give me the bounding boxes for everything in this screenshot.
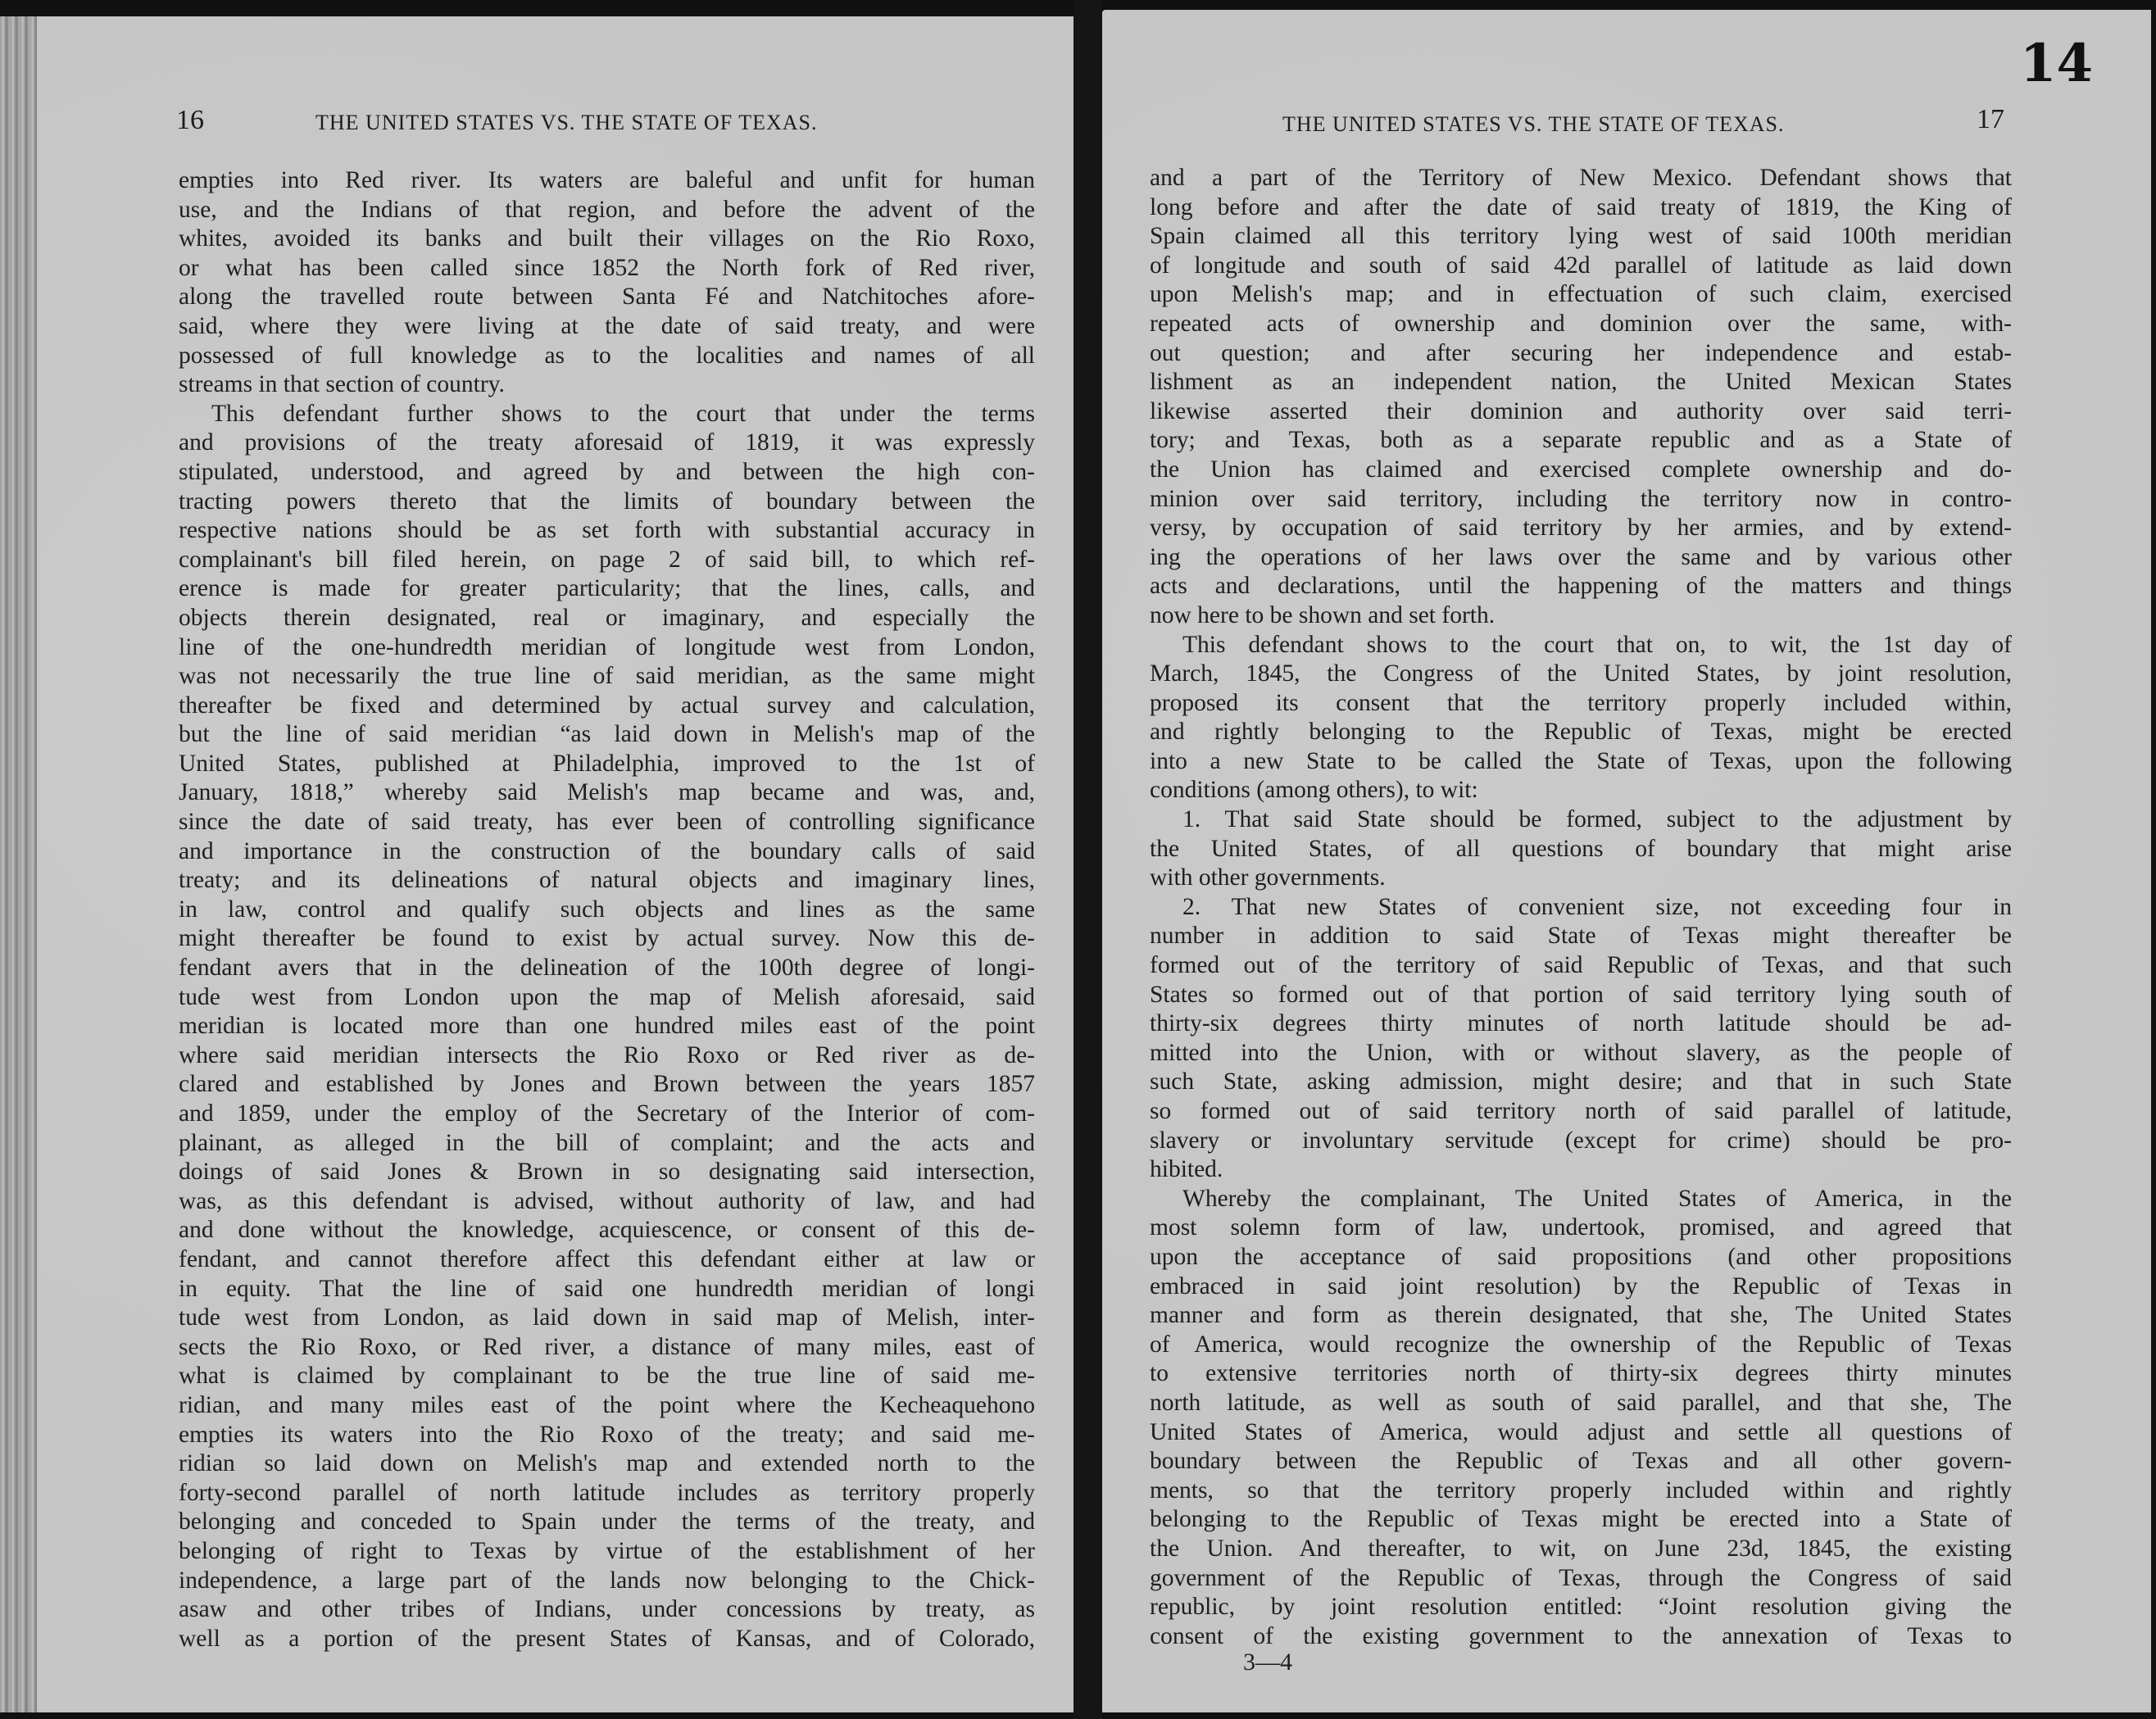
text-line: 2. That new States of convenient size, n… [1150,893,2012,923]
left-page: 16 The United States vs. The State of Te… [0,16,1073,1712]
text-line: embraced in said joint resolution) by th… [1150,1272,2012,1302]
text-line: out question; and after securing her ind… [1150,339,2012,369]
text-line: line of the one-hundredth meridian of lo… [179,633,1035,663]
text-line: belonging of right to Texas by virtue of… [179,1537,1035,1567]
text-line: in equity. That the line of said one hun… [179,1275,1035,1304]
text-line: belonging and conceded to Spain under th… [179,1508,1035,1537]
text-line: meridian is located more than one hundre… [179,1012,1035,1041]
text-line: of America, would recognize the ownershi… [1150,1331,2012,1360]
text-line: lishment as an independent nation, the U… [1150,368,2012,397]
page-body-text: and a part of the Territory of New Mexic… [1150,164,2012,1651]
text-line: ridian, and many miles east of the point… [179,1391,1035,1421]
text-line: thirty-six degrees thirty minutes of nor… [1150,1009,2012,1039]
text-line: where said meridian intersects the Rio R… [179,1041,1035,1071]
text-line: of longitude and south of said 42d paral… [1150,252,2012,281]
signature-mark: 3—4 [1243,1649,1292,1676]
text-line: said, where they were living at the date… [179,312,1035,342]
text-line: complainant's bill filed herein, on page… [179,546,1035,575]
right-page: 14 The United States vs. The State of Te… [1102,10,2151,1712]
text-line: empties its waters into the Rio Roxo of … [179,1421,1035,1450]
page-number: 16 [176,105,204,136]
page-edge-stack [0,16,37,1712]
text-line: north latitude, as well as south of said… [1150,1389,2012,1418]
text-line: doings of said Jones & Brown in so desig… [179,1158,1035,1187]
text-line: independence, a large part of the lands … [179,1567,1035,1596]
text-line: January, 1818,” whereby said Melish's ma… [179,778,1035,808]
text-line: mitted into the Union, with or without s… [1150,1039,2012,1068]
text-line: and rightly belonging to the Republic of… [1150,718,2012,747]
text-line: was not necessarily the true line of sai… [179,662,1035,692]
text-line: manner and form as therein designated, t… [1150,1301,2012,1331]
text-line: what is claimed by complainant to be the… [179,1362,1035,1391]
text-line: such State, asking admission, might desi… [1150,1068,2012,1097]
text-line: since the date of said treaty, has ever … [179,808,1035,837]
text-line: slavery or involuntary servitude (except… [1150,1127,2012,1156]
text-line: proposed its consent that the territory … [1150,689,2012,719]
text-line: clared and established by Jones and Brow… [179,1070,1035,1100]
book-gutter [1073,0,1102,1719]
text-line: but the line of said meridian “as laid d… [179,720,1035,750]
text-line: Spain claimed all this territory lying w… [1150,222,2012,252]
text-line: upon the acceptance of said propositions… [1150,1243,2012,1272]
text-line: thereafter be fixed and determined by ac… [179,692,1035,721]
text-line: Whereby the complainant, The United Stat… [1150,1185,2012,1214]
text-line: States so formed out of that portion of … [1150,981,2012,1010]
text-line: minion over said territory, including th… [1150,485,2012,515]
text-line: objects therein designated, real or imag… [179,604,1035,633]
text-line: along the travelled route between Santa … [179,283,1035,312]
page-number: 17 [1977,104,2004,135]
text-line: and a part of the Territory of New Mexic… [1150,164,2012,193]
text-line: This defendant further shows to the cour… [179,400,1035,429]
text-line: now here to be shown and set forth. [1150,601,2012,631]
text-line: conditions (among others), to wit: [1150,776,2012,805]
text-line: republic, by joint resolution entitled: … [1150,1593,2012,1622]
text-line: the Union has claimed and exercised comp… [1150,456,2012,485]
text-line: treaty; and its delineations of natural … [179,866,1035,896]
text-line: boundary between the Republic of Texas a… [1150,1447,2012,1476]
text-line: might thereafter be found to exist by ac… [179,924,1035,954]
text-line: so formed out of said territory north of… [1150,1097,2012,1127]
text-line: United States of America, would adjust a… [1150,1418,2012,1448]
text-line: with other governments. [1150,864,2012,893]
running-header: The United States vs. The State of Texas… [315,111,817,135]
text-line: ridian so laid down on Melish's map and … [179,1449,1035,1479]
text-line: empties into Red river. Its waters are b… [179,166,1035,196]
text-line: acts and declarations, until the happeni… [1150,572,2012,601]
text-line: streams in that section of country. [179,370,1035,400]
text-line: tude west from London upon the map of Me… [179,983,1035,1013]
text-line: the United States, of all questions of b… [1150,835,2012,864]
text-line: tracting powers thereto that the limits … [179,488,1035,517]
text-line: fendant avers that in the delineation of… [179,954,1035,983]
text-line: in law, control and qualify such objects… [179,896,1035,925]
text-line: use, and the Indians of that region, and… [179,196,1035,225]
text-line: government of the Republic of Texas, thr… [1150,1564,2012,1594]
text-line: and 1859, under the employ of the Secret… [179,1100,1035,1129]
text-line: and importance in the construction of th… [179,837,1035,867]
text-line: fendant, and cannot therefore affect thi… [179,1245,1035,1275]
text-line: upon Melish's map; and in effectuation o… [1150,280,2012,310]
text-line: ing the operations of her laws over the … [1150,543,2012,573]
text-line: tory; and Texas, both as a separate repu… [1150,426,2012,456]
text-line: and provisions of the treaty aforesaid o… [179,429,1035,458]
text-line: whites, avoided its banks and built thei… [179,225,1035,254]
text-line: most solemn form of law, undertook, prom… [1150,1213,2012,1243]
text-line: well as a portion of the present States … [179,1625,1035,1654]
text-line: formed out of the territory of said Repu… [1150,951,2012,981]
text-line: or what has been called since 1852 the N… [179,254,1035,283]
text-line: to extensive territories north of thirty… [1150,1359,2012,1389]
text-line: tude west from London, as laid down in s… [179,1304,1035,1333]
text-line: erence is made for greater particularity… [179,574,1035,604]
text-line: United States, published at Philadelphia… [179,750,1035,779]
text-line: plainant, as alleged in the bill of comp… [179,1129,1035,1159]
catalog-stamp-number: 14 [2020,33,2093,94]
text-line: number in addition to said State of Texa… [1150,922,2012,951]
page-body-text: empties into Red river. Its waters are b… [179,166,1035,1653]
text-line: ments, so that the territory properly in… [1150,1476,2012,1506]
text-line: belonging to the Republic of Texas might… [1150,1505,2012,1535]
text-line: versy, by occupation of said territory b… [1150,514,2012,543]
text-line: possessed of full knowledge as to the lo… [179,342,1035,371]
text-line: long before and after the date of said t… [1150,193,2012,223]
text-line: was, as this defendant is advised, witho… [179,1187,1035,1217]
text-line: 1. That said State should be formed, sub… [1150,805,2012,835]
running-header: The United States vs. The State of Texas… [1282,112,1784,137]
text-line: repeated acts of ownership and dominion … [1150,310,2012,339]
text-line: respective nations should be as set fort… [179,516,1035,546]
text-line: hibited. [1150,1155,2012,1185]
text-line: the Union. And thereafter, to wit, on Ju… [1150,1535,2012,1564]
text-line: into a new State to be called the State … [1150,747,2012,777]
text-line: consent of the existing government to th… [1150,1622,2012,1652]
text-line: and done without the knowledge, acquiesc… [179,1216,1035,1245]
text-line: stipulated, understood, and agreed by an… [179,458,1035,488]
text-line: sects the Rio Roxo, or Red river, a dist… [179,1333,1035,1363]
text-line: March, 1845, the Congress of the United … [1150,660,2012,689]
text-line: This defendant shows to the court that o… [1150,631,2012,660]
text-line: forty-second parallel of north latitude … [179,1479,1035,1508]
text-line: asaw and other tribes of Indians, under … [179,1595,1035,1625]
text-line: likewise asserted their dominion and aut… [1150,397,2012,427]
